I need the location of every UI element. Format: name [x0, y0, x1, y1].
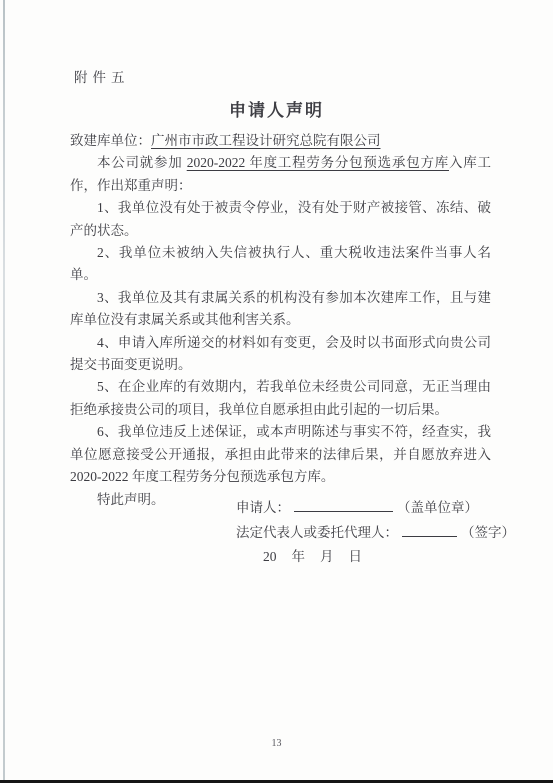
legal-representative-signature-blank: [402, 524, 457, 537]
applicant-label: 申请人：: [236, 500, 290, 515]
intro-pool-period-underlined: 2020-2022 年度工程劳务分包预选承包方库: [187, 155, 449, 170]
intro-prefix: 本公司就参加: [97, 155, 187, 170]
declaration-item-4: 4、申请入库所递交的材料如有变更，会及时以书面形式向贵公司提交书面变更说明。: [70, 332, 491, 377]
declaration-item-6: 6、我单位违反上述保证，或本声明陈述与事实不符，经查实，我单位愿意接受公开通报，…: [70, 421, 491, 488]
declaration-intro: 本公司就参加 2020-2022 年度工程劳务分包预选承包方库入库工作，作出郑重…: [70, 152, 491, 197]
document-body: 致建库单位：广州市市政工程设计研究总院有限公司 本公司就参加 2020-2022…: [70, 130, 491, 511]
date-line: 20年月日: [236, 545, 515, 570]
applicant-signature-blank: [294, 499, 393, 512]
date-year-prefix: 20: [263, 549, 277, 564]
declaration-item-1: 1、我单位没有处于被责令停业，没有处于财产被接管、冻结、破产的状态。: [70, 197, 491, 242]
document-title: 申请人声明: [0, 96, 553, 121]
declaration-item-3: 3、我单位及其有隶属关系的机构没有参加本次建库工作，且与建库单位没有隶属关系或其…: [70, 287, 491, 332]
signature-block: 申请人：（盖单位章） 法定代表人或委托代理人：（签字） 20年月日: [236, 496, 515, 570]
legal-signature-note: （签字）: [461, 525, 515, 540]
date-year-label: 年: [292, 549, 306, 564]
legal-representative-label: 法定代表人或委托代理人：: [236, 525, 398, 540]
legal-representative-row: 法定代表人或委托代理人：（签字）: [236, 521, 515, 546]
attachment-label: 附件五: [74, 66, 130, 86]
applicant-seal-note: （盖单位章）: [397, 500, 478, 515]
scanned-document-page: 附件五 申请人声明 致建库单位：广州市市政工程设计研究总院有限公司 本公司就参加…: [0, 0, 553, 783]
page-number: 13: [0, 738, 553, 749]
declaration-item-2: 2、我单位未被纳入失信被执行人、重大税收违法案件当事人名单。: [70, 242, 491, 287]
recipient-company-name: 广州市市政工程设计研究总院有限公司: [151, 133, 381, 148]
date-day-label: 日: [349, 549, 363, 564]
recipient-line: 致建库单位：广州市市政工程设计研究总院有限公司: [70, 130, 491, 152]
recipient-label: 致建库单位：: [70, 133, 151, 148]
declaration-item-5: 5、在企业库的有效期内，若我单位未经贵公司同意，无正当理由拒绝承接贵公司的项目，…: [70, 376, 491, 421]
date-month-label: 月: [320, 549, 334, 564]
applicant-signature-row: 申请人：（盖单位章）: [236, 496, 515, 521]
